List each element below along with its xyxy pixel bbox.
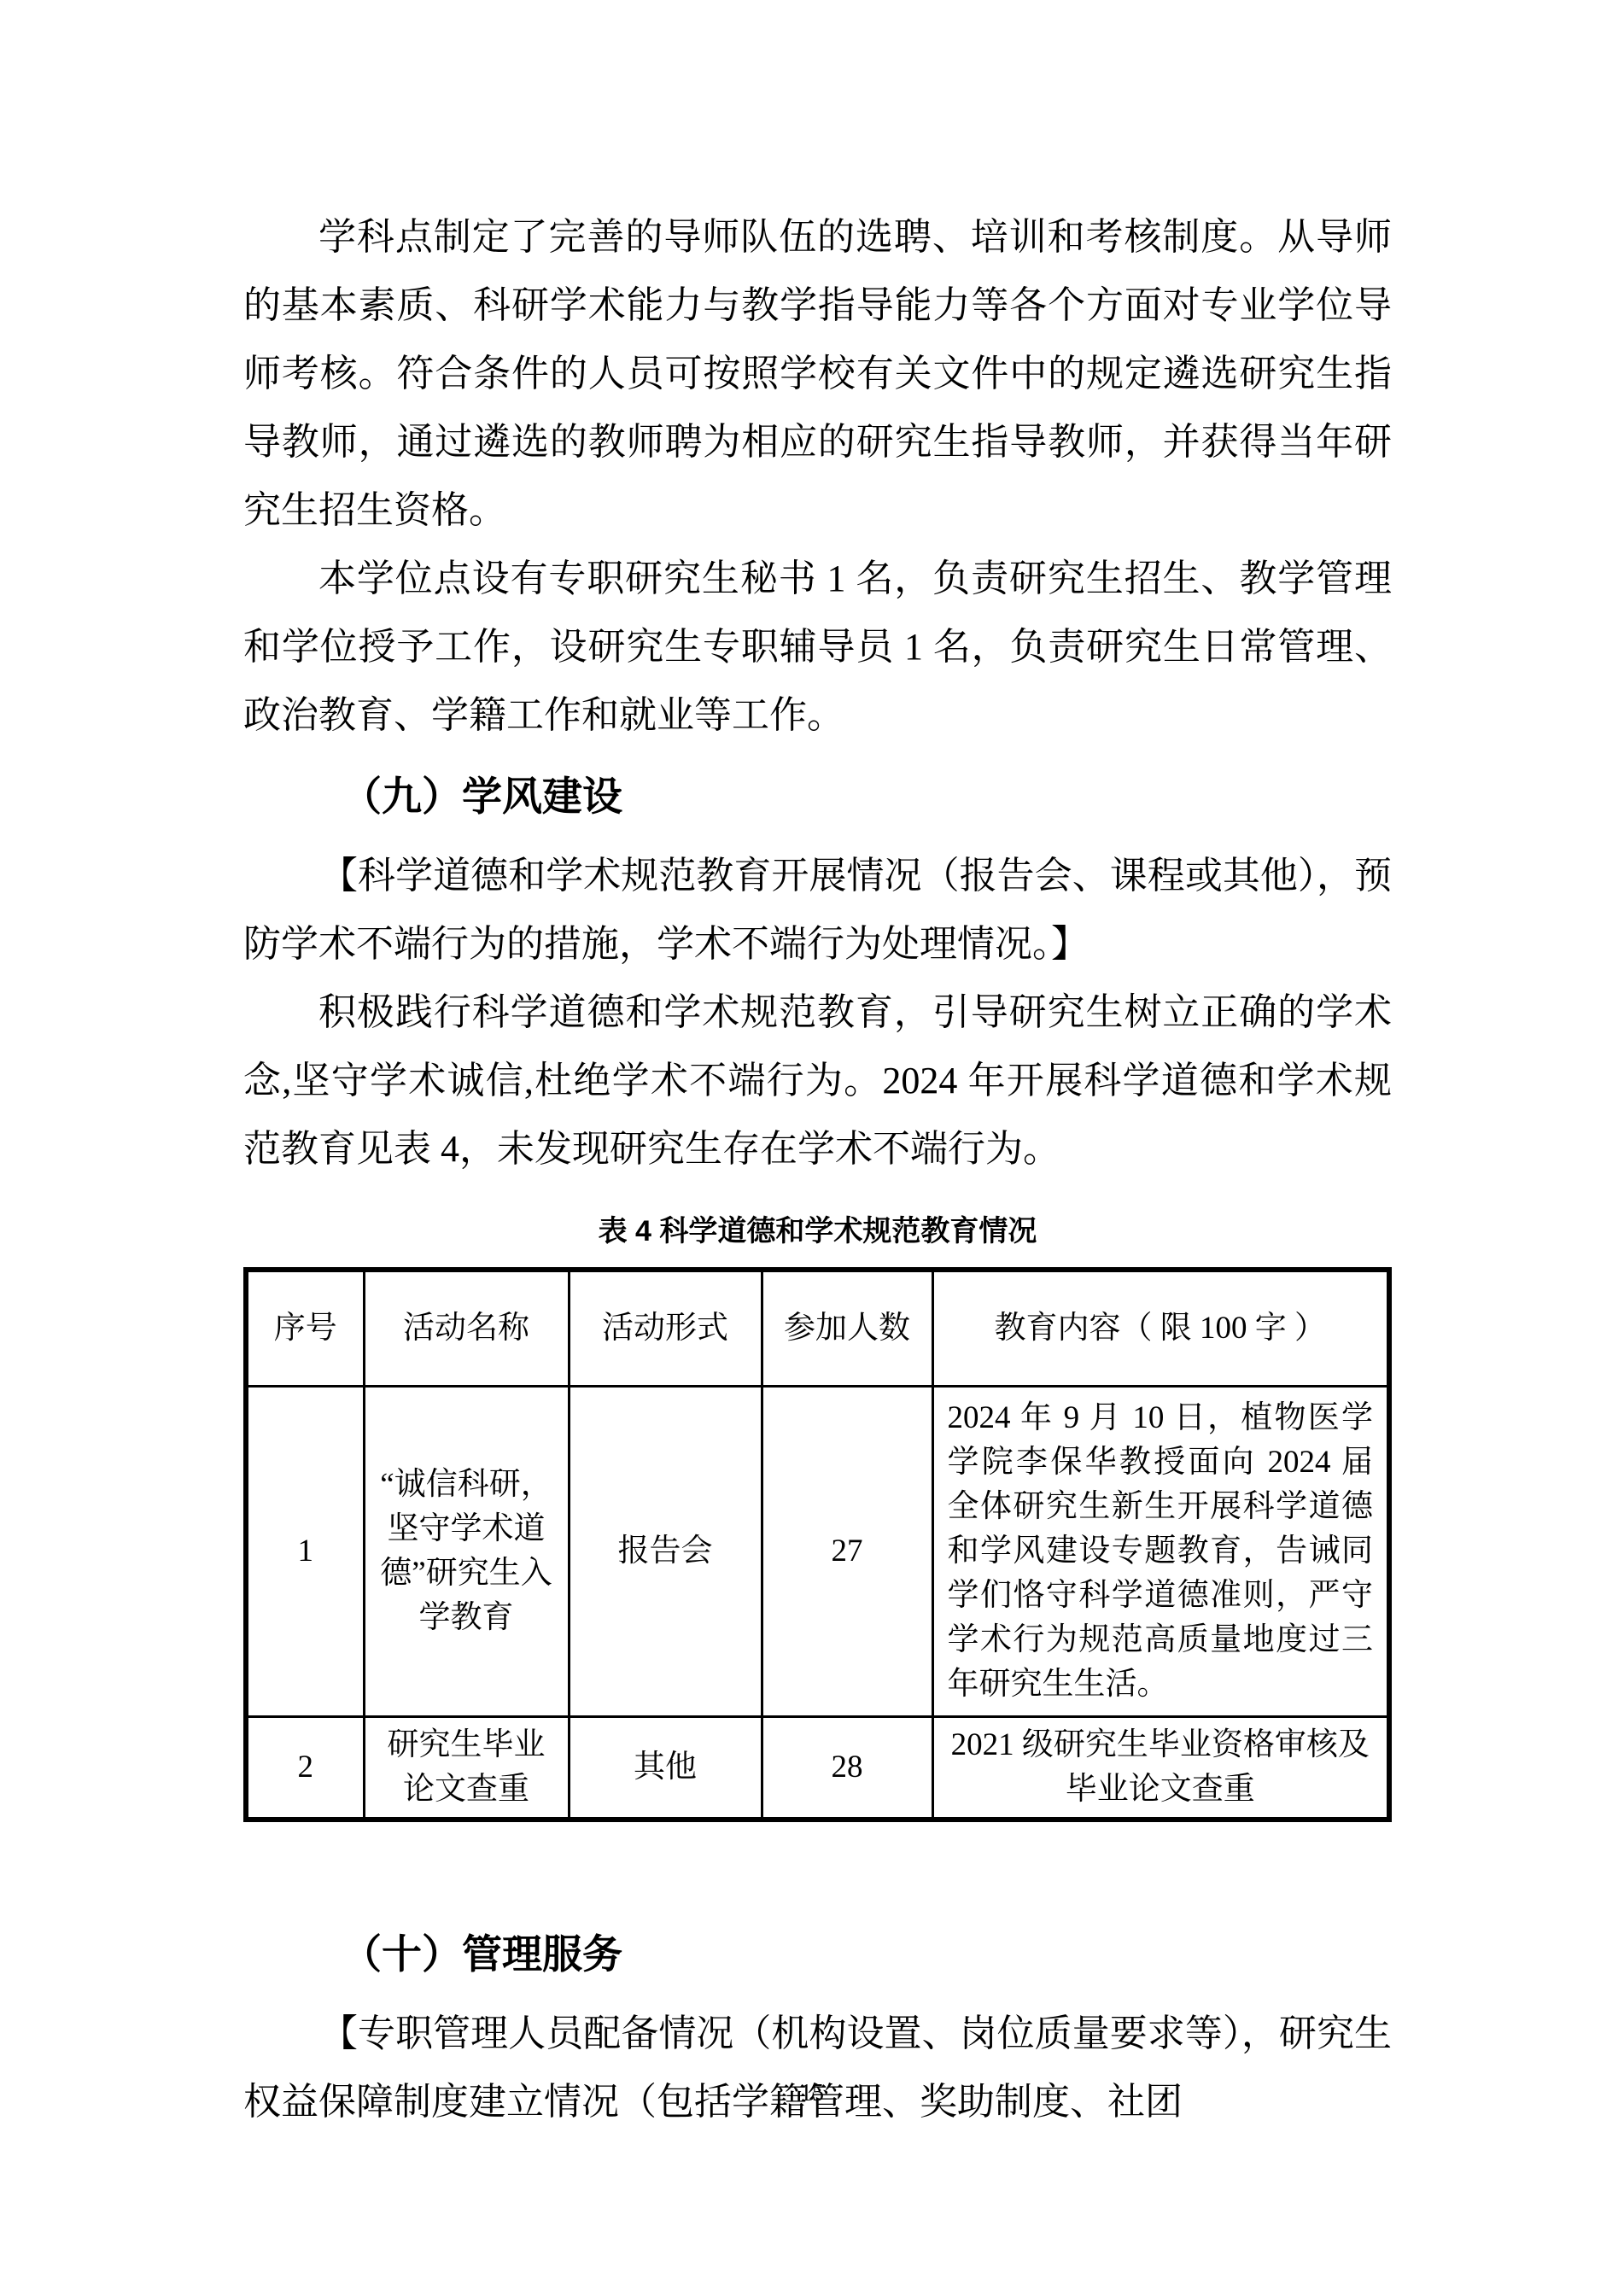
page-content: 学科点制定了完善的导师队伍的选聘、培训和考核制度。从导师的基本素质、科研学术能力…	[243, 203, 1392, 2136]
cell-activity-form: 报告会	[569, 1386, 762, 1716]
cell-activity-name: “诚信科研，坚守学术道德”研究生入学教育	[364, 1386, 569, 1716]
cell-activity-form: 其他	[569, 1716, 762, 1820]
table-caption: 表 4 科学道德和学术规范教育情况	[243, 1209, 1392, 1253]
cell-content: 2021 级研究生毕业资格审核及毕业论文查重	[932, 1716, 1389, 1820]
cell-content: 2024 年 9 月 10 日，植物医学学院李保华教授面向 2024 届全体研究…	[932, 1386, 1389, 1716]
bracket-note-management-service: 【专职管理人员配备情况（机构设置、岗位质量要求等），研究生权益保障制度建立情况（…	[243, 2000, 1392, 2136]
col-header-participants: 参加人数	[762, 1270, 932, 1386]
document-page: 学科点制定了完善的导师队伍的选聘、培训和考核制度。从导师的基本素质、科研学术能力…	[0, 0, 1624, 2296]
cell-participants: 27	[762, 1386, 932, 1716]
section-heading-9-style-construction: （九）学风建设	[243, 763, 1392, 832]
bracket-note-style-construction: 【科学道德和学术规范教育开展情况（报告会、课程或其他），预防学术不端行为的措施，…	[243, 842, 1392, 979]
col-header-activity-name: 活动名称	[364, 1270, 569, 1386]
col-header-activity-form: 活动形式	[569, 1270, 762, 1386]
col-header-index: 序号	[246, 1270, 364, 1386]
paragraph-academic-integrity: 积极践行科学道德和学术规范教育，引导研究生树立正确的学术念,坚守学术诚信,杜绝学…	[243, 979, 1392, 1183]
table-header-row: 序号 活动名称 活动形式 参加人数 教育内容（ 限 100 字 ）	[246, 1270, 1389, 1386]
cell-activity-name: 研究生毕业论文查重	[364, 1716, 569, 1820]
cell-index: 1	[246, 1386, 364, 1716]
paragraph-secretary-counselor: 本学位点设有专职研究生秘书 1 名，负责研究生招生、教学管理和学位授予工作，设研…	[243, 545, 1392, 750]
table-row: 1 “诚信科研，坚守学术道德”研究生入学教育 报告会 27 2024 年 9 月…	[246, 1386, 1389, 1716]
section-heading-10-management-service: （十）管理服务	[243, 1921, 1392, 1989]
education-activities-table: 序号 活动名称 活动形式 参加人数 教育内容（ 限 100 字 ） 1 “诚信科…	[243, 1267, 1392, 1822]
paragraph-mentor-system: 学科点制定了完善的导师队伍的选聘、培训和考核制度。从导师的基本素质、科研学术能力…	[243, 203, 1392, 545]
cell-participants: 28	[762, 1716, 932, 1820]
page-number: 15	[0, 2077, 1624, 2111]
col-header-content: 教育内容（ 限 100 字 ）	[932, 1270, 1389, 1386]
cell-index: 2	[246, 1716, 364, 1820]
table-row: 2 研究生毕业论文查重 其他 28 2021 级研究生毕业资格审核及毕业论文查重	[246, 1716, 1389, 1820]
